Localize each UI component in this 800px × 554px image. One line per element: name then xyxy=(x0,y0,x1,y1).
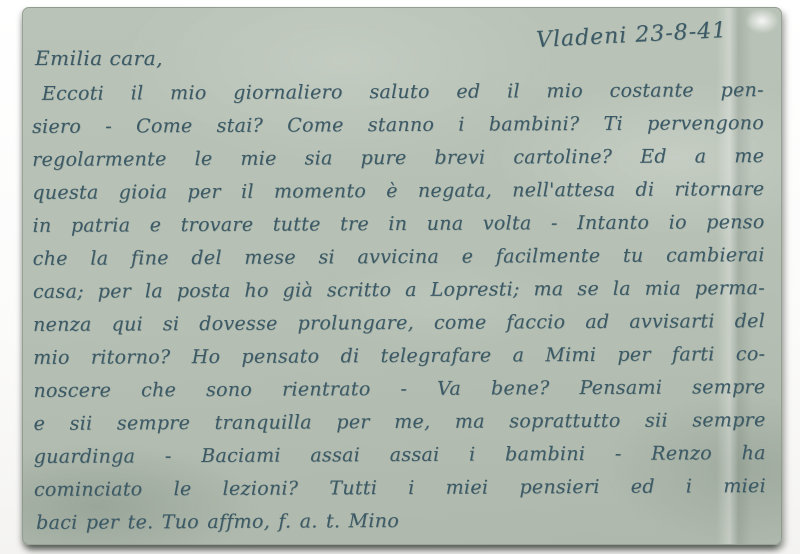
letter-line: siero - Come stai? Come stanno i bambini… xyxy=(32,107,764,144)
dateline: Vladeni 23-8-41 xyxy=(535,18,727,53)
letter-line: regolarmente le mie sia pure brevi carto… xyxy=(32,140,764,177)
letter-body: Eccoti il mio giornaliero saluto ed il m… xyxy=(32,74,766,540)
salutation: Emilia cara, xyxy=(35,46,163,70)
letter-line: che la fine del mese si avvicina e facil… xyxy=(33,239,765,276)
letter-line: in patria e trovare tutte tre in una vol… xyxy=(32,206,764,243)
postcard: Vladeni 23-8-41 Emilia cara, Eccoti il m… xyxy=(22,7,782,545)
letter-line-signature: baci per te. Tuo affmo, f. a. t. Mino xyxy=(34,503,766,540)
letter-line: cominciato le lezioni? Tutti i miei pens… xyxy=(34,470,766,507)
letter-line: Eccoti il mio giornaliero saluto ed il m… xyxy=(32,74,764,111)
letter-line: casa; per la posta ho già scritto a Lopr… xyxy=(33,272,765,309)
letter-line: noscere che sono rientrato - Va bene? Pe… xyxy=(33,371,765,408)
letter-line: nenza qui si dovesse prolungare, come fa… xyxy=(33,305,765,342)
letter-line: e sii sempre tranquilla per me, ma sopra… xyxy=(34,404,766,441)
letter-line: mio ritorno? Ho pensato di telegrafare a… xyxy=(33,338,765,375)
scan-background: Vladeni 23-8-41 Emilia cara, Eccoti il m… xyxy=(0,0,800,554)
letter-line: guardinga - Baciami assai assai i bambin… xyxy=(34,437,766,474)
letter-line: questa gioia per il momento è negata, ne… xyxy=(32,173,764,210)
